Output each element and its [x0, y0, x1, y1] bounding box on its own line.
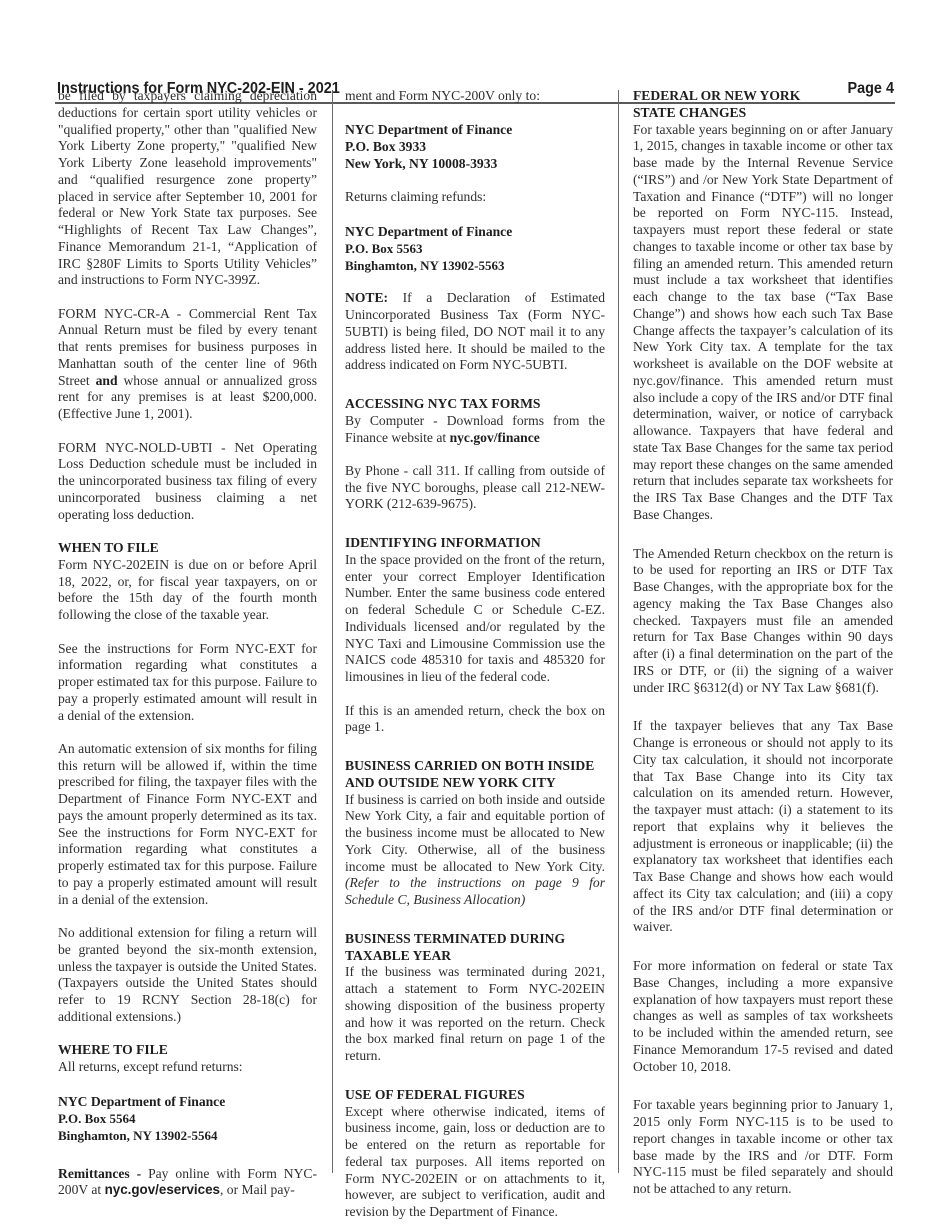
address-line: P.O. Box 5563	[345, 240, 605, 257]
address-line: NYC Department of Finance	[345, 121, 605, 138]
paragraph: If the taxpayer believes that any Tax Ba…	[633, 718, 893, 936]
paragraph: The Amended Return checkbox on the retur…	[633, 546, 893, 697]
paragraph: In the space provided on the front of th…	[345, 552, 605, 686]
eservices-link[interactable]: nyc.gov/eservices	[105, 1182, 220, 1197]
paragraph-form-nyc-cr-a: FORM NYC-CR-A - Commercial Rent Tax Annu…	[58, 306, 317, 423]
mailing-address: NYC Department of Finance P.O. Box 5564 …	[58, 1093, 317, 1144]
address-line: New York, NY 10008-3933	[345, 155, 605, 172]
reference-note: (Refer to the instructions on page 9 for…	[345, 875, 605, 907]
section-heading-when-to-file: WHEN TO FILE	[58, 540, 317, 557]
paragraph: Form NYC-202EIN is due on or before Apri…	[58, 557, 317, 624]
address-line: Binghamton, NY 13902-5564	[58, 1127, 317, 1144]
mailing-address: NYC Department of Finance P.O. Box 5563 …	[345, 223, 605, 274]
section-heading-where-to-file: WHERE TO FILE	[58, 1042, 317, 1059]
section-heading-federal-ny-changes: FEDERAL OR NEW YORK STATE CHANGES	[633, 88, 823, 122]
paragraph: An automatic extension of six months for…	[58, 741, 317, 909]
section-heading-federal-figures: USE OF FEDERAL FIGURES	[345, 1087, 605, 1104]
label: NOTE:	[345, 290, 388, 305]
paragraph: If the business was terminated during 20…	[345, 964, 605, 1065]
paragraph: All returns, except refund returns:	[58, 1059, 317, 1076]
mailing-address: NYC Department of Finance P.O. Box 3933 …	[345, 121, 605, 172]
paragraph: Returns claiming refunds:	[345, 189, 605, 206]
paragraph-form-nyc-nold-ubti: FORM NYC-NOLD-UBTI - Net Operating Loss …	[58, 440, 317, 524]
section-heading-accessing-forms: ACCESSING NYC TAX FORMS	[345, 396, 605, 413]
section-heading-business-inside-outside: BUSINESS CARRIED ON BOTH INSIDE AND OUTS…	[345, 758, 605, 792]
paragraph: See the instructions for Form NYC-EXT fo…	[58, 641, 317, 725]
address-line: P.O. Box 3933	[345, 138, 605, 155]
paragraph: be filed by taxpayers claiming depreciat…	[58, 88, 317, 289]
column-2: ment and Form NYC-200V only to: NYC Depa…	[345, 88, 605, 1230]
label: Remittances -	[58, 1166, 141, 1181]
column-1: be filed by taxpayers claiming depreciat…	[58, 88, 317, 1216]
paragraph: If this is an amended return, check the …	[345, 703, 605, 737]
finance-link[interactable]: nyc.gov/finance	[450, 430, 540, 445]
paragraph: For taxable years beginning on or after …	[633, 122, 893, 524]
address-line: NYC Department of Finance	[345, 223, 605, 240]
address-line: P.O. Box 5564	[58, 1110, 317, 1127]
paragraph: Except where otherwise indicated, items …	[345, 1104, 605, 1221]
column-divider	[618, 90, 619, 1173]
text: If business is carried on both inside an…	[345, 792, 605, 874]
column-3: FEDERAL OR NEW YORK STATE CHANGES For ta…	[633, 88, 893, 1214]
paragraph: ment and Form NYC-200V only to:	[345, 88, 605, 105]
paragraph: For taxable years beginning prior to Jan…	[633, 1097, 893, 1198]
address-line: Binghamton, NY 13902-5563	[345, 257, 605, 274]
paragraph: If business is carried on both inside an…	[345, 792, 605, 909]
paragraph: By Computer - Download forms from the Fi…	[345, 413, 605, 447]
text: , or Mail pay-	[220, 1182, 295, 1197]
section-heading-business-terminated: BUSINESS TERMINATED DURING TAXABLE YEAR	[345, 931, 605, 965]
address-line: NYC Department of Finance	[58, 1093, 317, 1110]
column-divider	[332, 90, 333, 1173]
section-heading-identifying-information: IDENTIFYING INFORMATION	[345, 535, 605, 552]
paragraph: By Phone - call 311. If calling from out…	[345, 463, 605, 513]
paragraph-remittances: Remittances - Pay online with Form NYC-2…	[58, 1166, 317, 1200]
paragraph-note: NOTE: If a Declaration of Estimated Unin…	[345, 290, 605, 374]
paragraph: For more information on federal or state…	[633, 958, 893, 1075]
paragraph: No additional extension for filing a ret…	[58, 925, 317, 1026]
emphasis: and	[96, 373, 118, 388]
